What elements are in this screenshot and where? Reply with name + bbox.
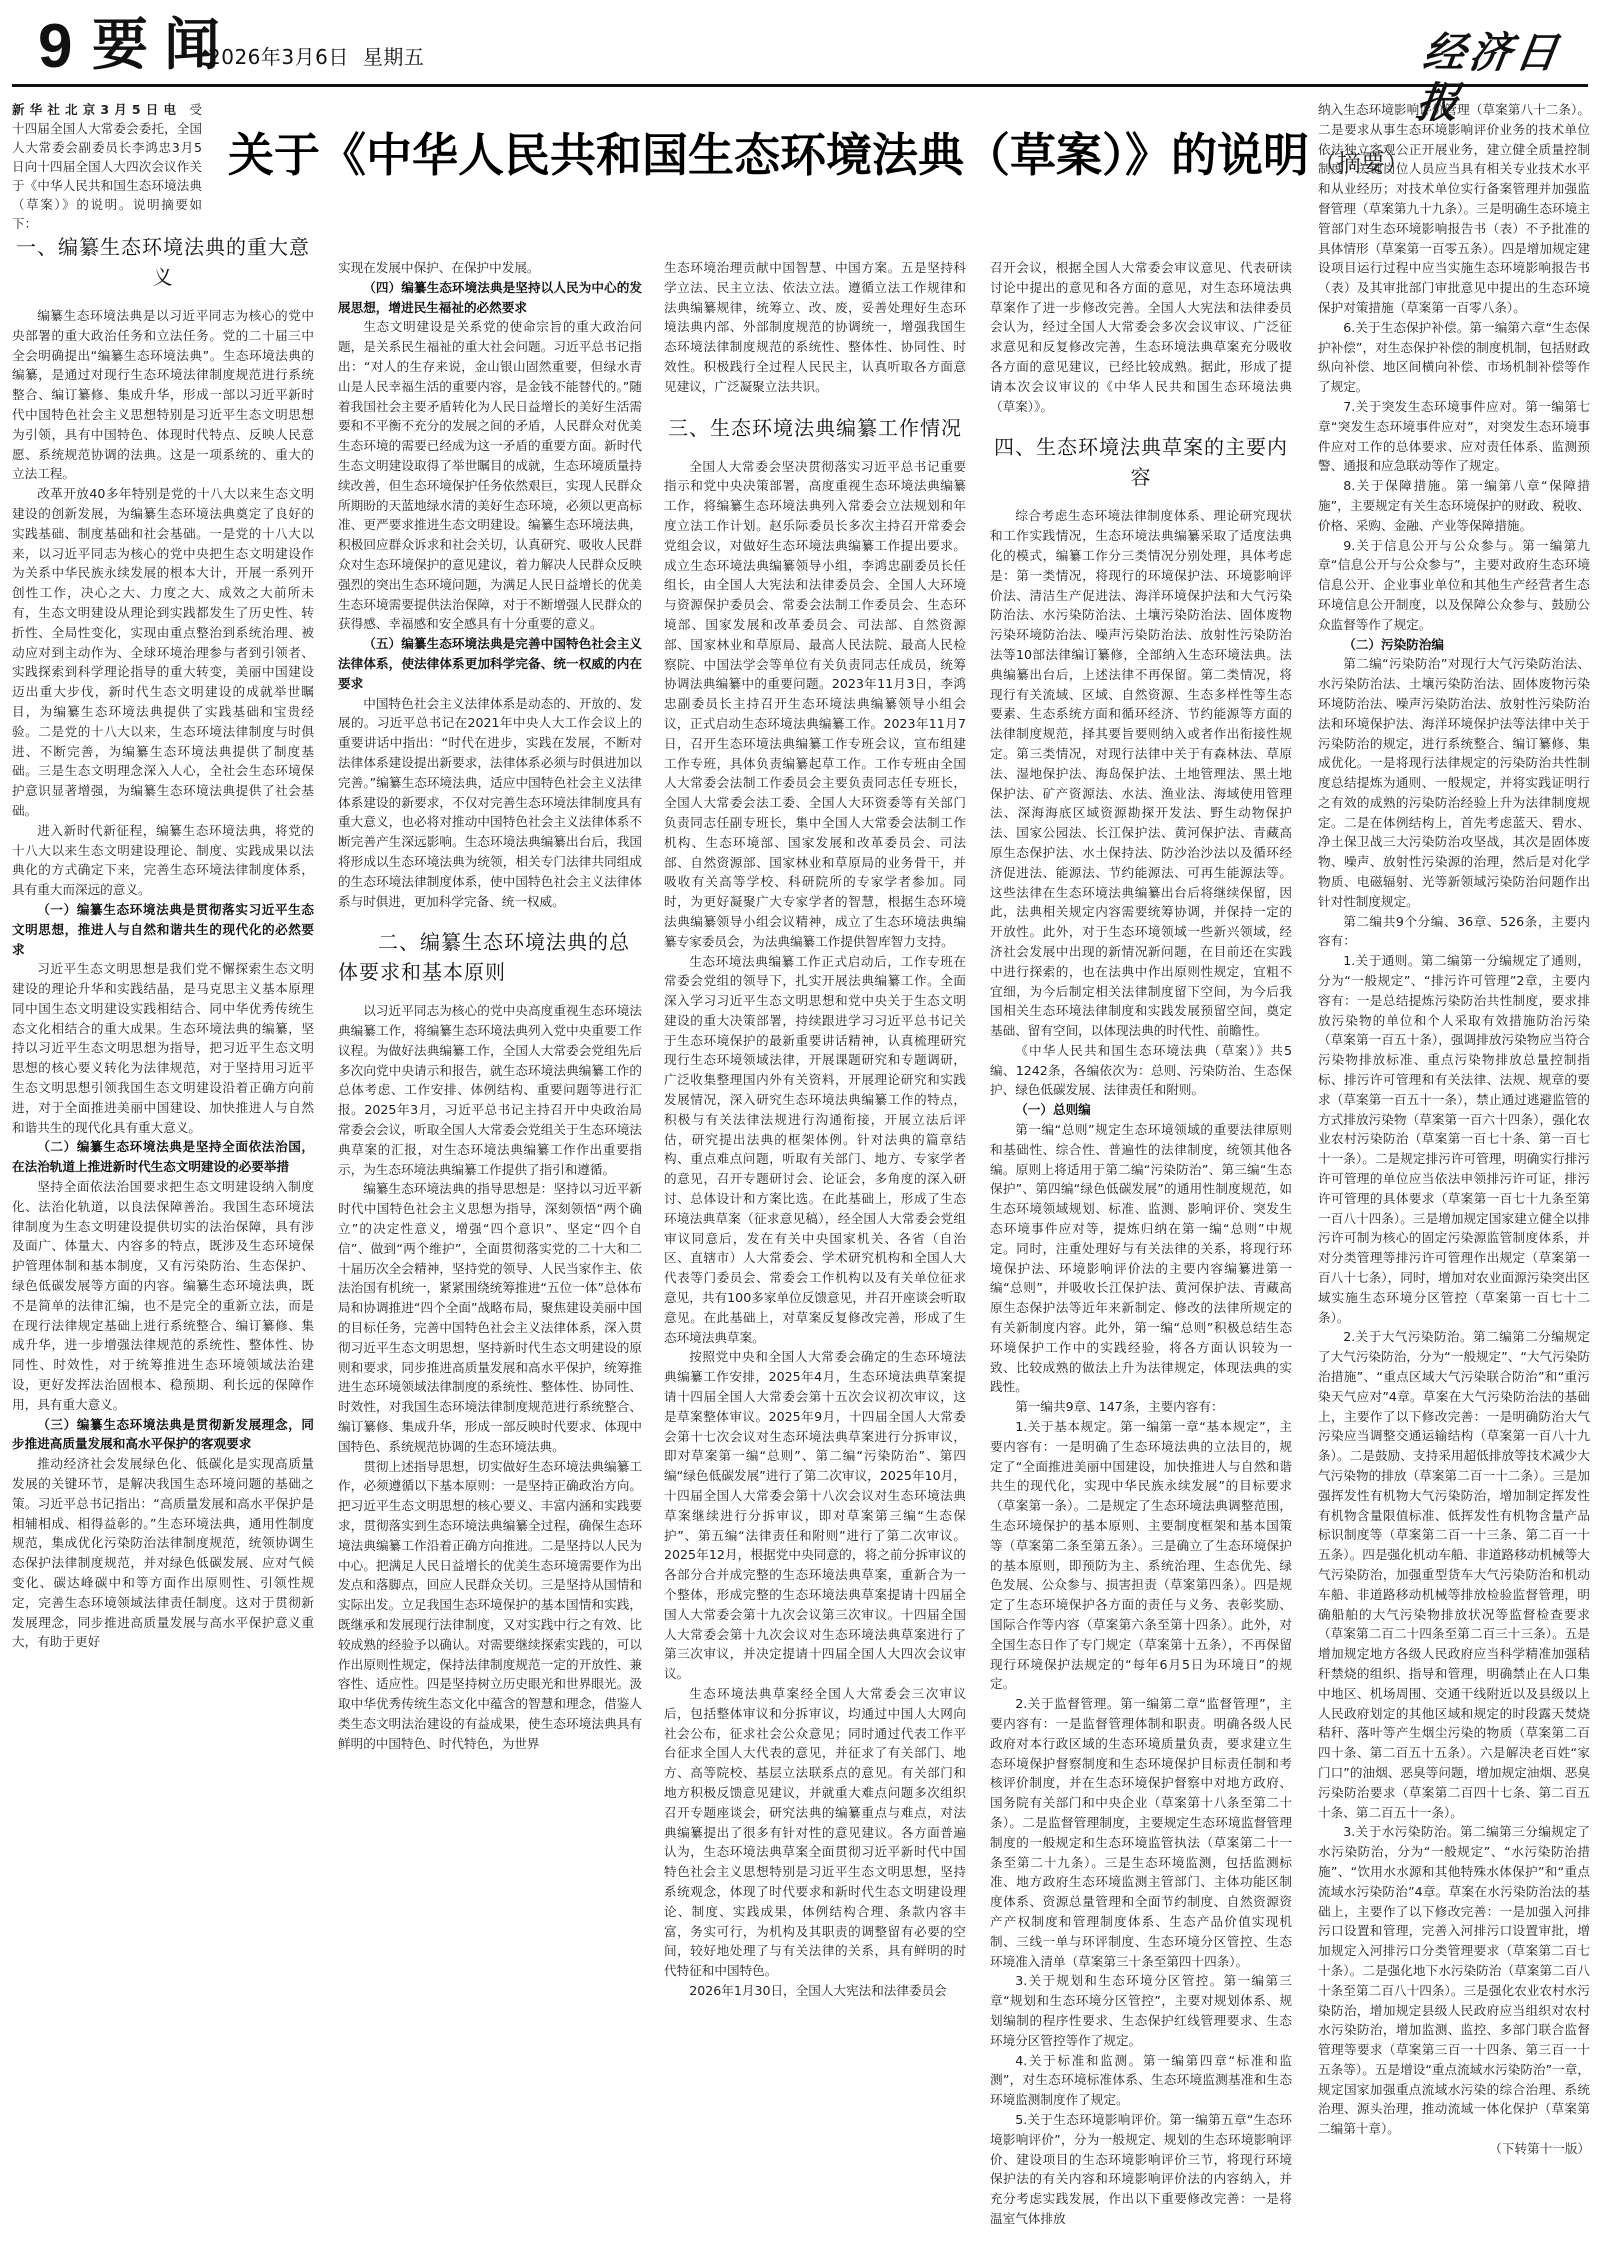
- paragraph: 第一编“总则”规定生态环境领域的重要法律原则和基础性、综合性、普遍性的法律制度，…: [990, 1120, 1292, 1397]
- paragraph: 生态环境法典草案经全国人大常委会三次审议后，包括整体审议和分拆审议，均通过中国人…: [664, 1684, 966, 1981]
- issue-date: 2026年3月6日星期五: [208, 44, 424, 70]
- paragraph: 第二编“污染防治”对现行大气污染防治法、水污染防治法、土壤污染防治法、固体废物污…: [1318, 654, 1590, 911]
- page-number: 9: [38, 14, 72, 80]
- subheading: （四）编纂生态环境法典是坚持以人民为中心的发展思想，增进民生福祉的必然要求: [338, 278, 642, 318]
- section-heading-3: 三、生态环境法典编纂工作情况: [664, 413, 966, 443]
- continued-note: （下转第十一版）: [1318, 2139, 1590, 2159]
- paragraph: 3.关于水污染防治。第二编第三分编规定了水污染防治，分为“一般规定”、“水污染防…: [1318, 1822, 1590, 2139]
- paragraph: 2026年1月30日，全国人大宪法和法律委员会: [664, 1981, 966, 2001]
- paragraph: 习近平生态文明思想是我们党不懈探索生态文明建设的理论升华和实践结晶，是马克思主义…: [12, 959, 314, 1137]
- paragraph: 中国特色社会主义法律体系是动态的、开放的、发展的。习近平总书记在2021年中央人…: [338, 694, 642, 912]
- paragraph: 6.关于生态保护补偿。第一编第六章“生态保护补偿”，对生态保护补偿的制度机制，包…: [1318, 318, 1590, 397]
- paragraph: 综合考虑生态环境法律制度体系、理论研究现状和工作实践情况，生态环境法典编纂采取了…: [990, 506, 1292, 1041]
- paragraph: 推动经济社会发展绿色化、低碳化是实现高质量发展的关键环节，是解决我国生态环境问题…: [12, 1454, 314, 1652]
- masthead-rule: [12, 84, 1588, 87]
- section-heading-2: 二、编纂生态环境法典的总体要求和基本原则: [338, 927, 642, 987]
- dateline: 新华社北京3月5日电: [12, 102, 181, 117]
- article-lead: 新华社北京3月5日电 受十四届全国人大常委会委托，全国人大常委会副委员长李鸿忠3…: [12, 100, 202, 233]
- paragraph: 生态环境治理贡献中国智慧、中国方案。五是坚持科学立法、民主立法、依法立法。遵循立…: [664, 258, 966, 397]
- paragraph: 2.关于大气污染防治。第二编第二分编规定了大气污染防治，分为“一般规定”、“大气…: [1318, 1327, 1590, 1822]
- paragraph: 5.关于生态环境影响评价。第一编第五章“生态环境影响评价”，分为一般规定、规划的…: [990, 2110, 1292, 2229]
- paragraph: 7.关于突发生态环境事件应对。第一编第七章“突发生态环境事件应对”，对突发生态环…: [1318, 397, 1590, 476]
- paragraph: 坚持全面依法治国要求把生态文明建设纳入制度化、法治化轨道，以良法保障善治。我国生…: [12, 1177, 314, 1415]
- paragraph: 进入新时代新征程，编纂生态环境法典，将党的十八大以来生态文明建设理论、制度、实践…: [12, 821, 314, 900]
- section-heading-1: 一、编纂生态环境法典的重大意义: [12, 232, 314, 292]
- paragraph: 4.关于标准和监测。第一编第四章“标准和监测”，对生态环境标准体系、生态环境监测…: [990, 2051, 1292, 2110]
- paragraph: 纳入生态环境影响评价管理（草案第八十二条）。二是要求从事生态环境影响评价业务的技…: [1318, 100, 1590, 318]
- paragraph: 编纂生态环境法典的指导思想是：坚持以习近平新时代中国特色社会主义思想为指导，深刻…: [338, 1179, 642, 1456]
- paragraph: 实现在发展中保护、在保护中发展。: [338, 258, 642, 278]
- lead-text: 受十四届全国人大常委会委托，全国人大常委会副委员长李鸿忠3月5日向十四届全国人大…: [12, 102, 202, 231]
- paragraph: 3.关于规划和生态环境分区管控。第一编第三章“规划和生态环境分区管控”，主要对规…: [990, 1971, 1292, 2050]
- subheading: （一）编纂生态环境法典是贯彻落实习近平生态文明思想，推进人与自然和谐共生的现代化…: [12, 900, 314, 959]
- column-4: 召开会议，根据全国人大常委会审议意见、代表研读讨论中提出的意见和各方面的意见，对…: [990, 258, 1292, 2261]
- column-5-body: 纳入生态环境影响评价管理（草案第八十二条）。二是要求从事生态环境影响评价业务的技…: [1318, 100, 1590, 2261]
- paragraph: 生态环境法典编纂工作正式启动后，工作专班在常委会党组的领导下，扎实开展法典编纂工…: [664, 952, 966, 1348]
- paragraph: 8.关于保障措施。第一编第八章“保障措施”，主要规定有关生态环境保护的财政、税收…: [1318, 476, 1590, 535]
- paragraph: 按照党中央和全国人大常委会确定的生态环境法典编纂工作安排，2025年4月，生态环…: [664, 1347, 966, 1684]
- column-2: 实现在发展中保护、在保护中发展。 （四）编纂生态环境法典是坚持以人民为中心的发展…: [338, 258, 642, 2261]
- subheading: （五）编纂生态环境法典是完善中国特色社会主义法律体系，使法律体系更加科学完备、统…: [338, 634, 642, 693]
- column-3: 生态环境治理贡献中国智慧、中国方案。五是坚持科学立法、民主立法、依法立法。遵循立…: [664, 258, 966, 2261]
- paragraph: 《中华人民共和国生态环境法典（草案）》共5编、1242条，各编依次为：总则、污染…: [990, 1041, 1292, 1100]
- paragraph: 生态文明建设是关系党的使命宗旨的重大政治问题，是关系民生福祉的重大社会问题。习近…: [338, 317, 642, 634]
- paragraph: 第二编共9个分编、36章、526条，主要内容有：: [1318, 912, 1590, 952]
- headline-title: 关于《中华人民共和国生态环境法典（草案）》的说明: [228, 128, 1309, 182]
- subheading: （三）编纂生态环境法典是贯彻新发展理念，同步推进高质量发展和高水平保护的客观要求: [12, 1415, 314, 1455]
- paragraph: 以习近平同志为核心的党中央高度重视生态环境法典编纂工作，将编纂生态环境法典列入党…: [338, 1001, 642, 1179]
- subheading: （二）污染防治编: [1318, 635, 1590, 655]
- paragraph: 2.关于监督管理。第一编第二章“监督管理”，主要内容有：一是监督管理体制和职责。…: [990, 1694, 1292, 1971]
- paragraph: 编纂生态环境法典是以习近平同志为核心的党中央部署的重大政治任务和立法任务。党的二…: [12, 306, 314, 484]
- column-1: 一、编纂生态环境法典的重大意义 编纂生态环境法典是以习近平同志为核心的党中央部署…: [12, 216, 314, 2261]
- article-headline: 关于《中华人民共和国生态环境法典（草案）》的说明（摘要）: [228, 100, 1308, 210]
- paragraph: 全国人大常委会坚决贯彻落实习近平总书记重要指示和党中央决策部署，高度重视生态环境…: [664, 457, 966, 952]
- date-text: 2026年3月6日: [208, 45, 349, 69]
- paragraph: 改革开放40多年特别是党的十八大以来生态文明建设的创新发展，为编纂生态环境法典奠…: [12, 484, 314, 821]
- weekday-text: 星期五: [363, 45, 425, 69]
- subheading: （二）编纂生态环境法典是坚持全面依法治国，在法治轨道上推进新时代生态文明建设的必…: [12, 1137, 314, 1177]
- subheading: （一）总则编: [990, 1100, 1292, 1120]
- masthead: 9 要闻 2026年3月6日星期五 经济日报: [0, 0, 1600, 84]
- paragraph: 召开会议，根据全国人大常委会审议意见、代表研读讨论中提出的意见和各方面的意见，对…: [990, 258, 1292, 416]
- paragraph: 1.关于通则。第二编第一分编规定了通则，分为“一般规定”、“排污许可管理”2章，…: [1318, 951, 1590, 1327]
- paragraph: 9.关于信息公开与公众参与。第一编第九章“信息公开与公众参与”，主要对政府生态环…: [1318, 536, 1590, 635]
- paragraph: 贯彻上述指导思想，切实做好生态环境法典编纂工作，必须遵循以下基本原则：一是坚持正…: [338, 1457, 642, 1754]
- paragraph: 第一编共9章、147条，主要内容有：: [990, 1397, 1292, 1417]
- paragraph: 1.关于基本规定。第一编第一章“基本规定”，主要内容有：一是明确了生态环境法典的…: [990, 1417, 1292, 1694]
- section-heading-4: 四、生态环境法典草案的主要内容: [990, 432, 1292, 492]
